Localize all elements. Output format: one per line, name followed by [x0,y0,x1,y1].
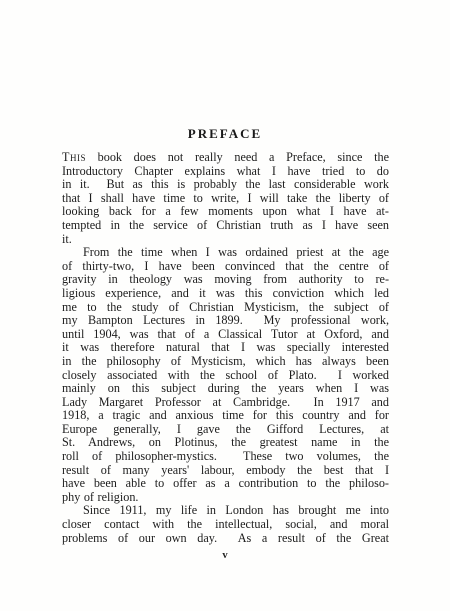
paragraph: Since 1911, my life in London has brough… [62,504,389,545]
text-line: This book does not really need a Preface… [62,151,389,165]
text-line: my Bampton Lectures in 1899. My professi… [62,314,389,328]
text-line: tempted in the service of Christian trut… [62,219,389,233]
text-line: that I shall have time to write, I will … [62,192,389,206]
text-line: Europe generally, I gave the Gifford Lec… [62,423,389,437]
text-line: Introductory Chapter explains what I hav… [62,165,389,179]
text-line: closely associated with the school of Pl… [62,369,389,383]
text-line: closer contact with the intellectual, so… [62,518,389,532]
text-line: until 1904, was that of a Classical Tuto… [62,328,389,342]
text-line: problems of our own day. As a result of … [62,532,389,546]
text-line: it. [62,233,389,247]
text-line: Since 1911, my life in London has brough… [62,504,389,518]
text-line: in it. But as this is probably the last … [62,178,389,192]
page-number: v [0,550,450,561]
paragraph: From the time when I was ordained priest… [62,246,389,504]
text-line: result of many years' labour, embody the… [62,464,389,478]
text-line: it was therefore natural that I was spec… [62,341,389,355]
text-line: me to the study of Christian Mysticism, … [62,301,389,315]
text-line: in the philosophy of Mysticism, which ha… [62,355,389,369]
text-line: phy of religion. [62,491,389,505]
text-line: mainly on this subject during the years … [62,382,389,396]
preface-text: This book does not really need a Preface… [62,151,389,545]
text-line: 1918, a tragic and anxious time for this… [62,409,389,423]
small-caps-lead: This [62,150,86,164]
text-line: St. Andrews, on Plotinus, the greatest n… [62,436,389,450]
text-line: looking back for a few moments upon what… [62,205,389,219]
text-line: have been able to offer as a contributio… [62,477,389,491]
text-line: From the time when I was ordained priest… [62,246,389,260]
text-line: ligious experience, and it was this conv… [62,287,389,301]
text-line: Lady Margaret Professor at Cambridge. In… [62,396,389,410]
page-title: PREFACE [0,126,450,142]
text-line: roll of philosopher-mystics. These two v… [62,450,389,464]
text-line: of thirty-two, I have been convinced tha… [62,260,389,274]
book-page: PREFACE This book does not really need a… [0,0,450,611]
text-line: gravity in theology was moving from auth… [62,273,389,287]
paragraph: This book does not really need a Preface… [62,151,389,246]
